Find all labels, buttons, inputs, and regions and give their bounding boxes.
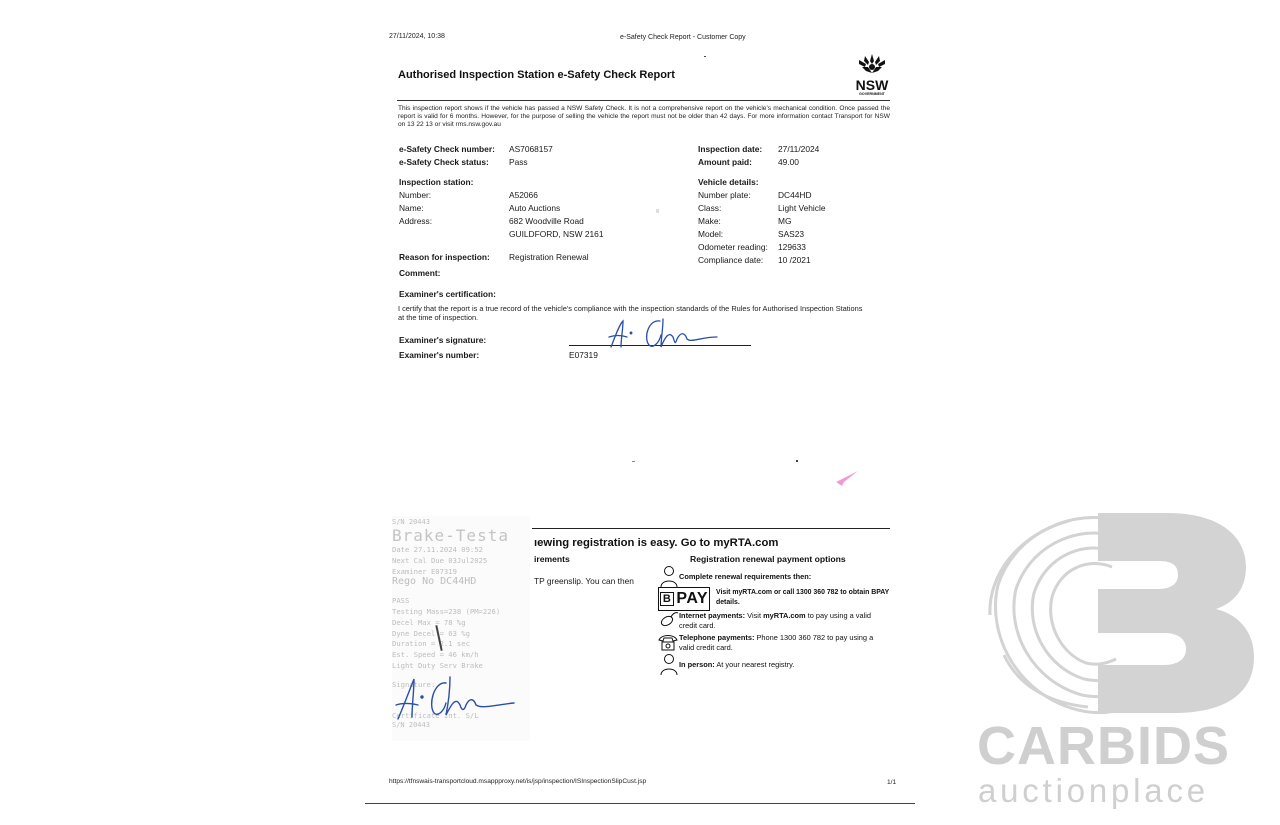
bpay-logo-icon: B PAY: [658, 587, 710, 611]
slip-line: Next Cal Due 03Jul2025: [392, 556, 530, 567]
slip-line: Light Duty Serv Brake: [392, 661, 530, 672]
reason-value: Registration Renewal: [509, 252, 589, 262]
report-title: Authorised Inspection Station e-Safety C…: [398, 69, 675, 81]
mouse-icon: [659, 611, 679, 627]
reason-label: Reason for inspection:: [399, 252, 490, 262]
slip-line: Duration = 2.1 sec: [392, 639, 530, 650]
slip-line: Decel Max = 78 %g: [392, 618, 530, 629]
requirements-text: TP greenslip. You can then: [534, 576, 634, 586]
station-name-value: Auto Auctions: [509, 203, 560, 213]
comment-label: Comment:: [399, 268, 440, 278]
option-complete-renewal: Complete renewal requirements then:: [679, 572, 811, 581]
compliance-value: 10 /2021: [778, 255, 811, 265]
scan-speck: [704, 56, 706, 57]
person-icon: [660, 565, 678, 587]
model-label: Model:: [698, 229, 723, 239]
option-internet-text: Visit: [745, 611, 763, 620]
print-footer-url: https://tfnswais-transportcloud.msapppro…: [389, 778, 646, 785]
payment-options-heading: Registration renewal payment options: [690, 554, 846, 564]
renewal-title: ıewing registration is easy. Go to myRTA…: [534, 537, 778, 549]
scan-speck: [656, 209, 659, 213]
examiner-number-value: E07319: [569, 350, 598, 360]
station-address-label: Address:: [399, 216, 432, 226]
amount-paid-label: Amount paid:: [698, 157, 752, 167]
person-icon: [660, 653, 678, 675]
station-address-line1: 682 Woodville Road: [509, 216, 584, 226]
page-bottom-rule: [365, 803, 915, 804]
option-in-person-text: At your nearest registry.: [715, 660, 795, 669]
slip-line: Testing Mass=238 (PM=226): [392, 607, 530, 618]
amount-paid-value: 49.00: [778, 157, 799, 167]
scan-speck: [632, 461, 635, 462]
slip-line: Date 27.11.2024 09:52: [392, 545, 530, 556]
check-status-label: e-Safety Check status:: [399, 157, 489, 167]
print-page-number: 1/1: [887, 779, 896, 786]
examiner-signature: [605, 315, 745, 351]
watermark-brand: CARBIDS: [977, 715, 1230, 777]
station-address-line2: GUILDFORD, NSW 2161: [509, 229, 603, 239]
print-timestamp: 27/11/2024, 10:38: [389, 33, 445, 40]
option-internet-label: Internet payments:: [679, 611, 745, 620]
slip-line: Est. Speed = 46 km/h: [392, 650, 530, 661]
check-number-label: e-Safety Check number:: [399, 144, 495, 154]
odometer-label: Odometer reading:: [698, 242, 768, 252]
telephone-icon: [658, 633, 678, 651]
class-value: Light Vehicle: [778, 203, 826, 213]
inspection-date-value: 27/11/2024: [778, 144, 819, 154]
title-divider: [397, 100, 890, 101]
vehicle-heading: Vehicle details:: [698, 177, 759, 187]
intro-paragraph: This inspection report shows if the vehi…: [398, 105, 890, 129]
check-number-value: AS7068157: [509, 144, 553, 154]
class-label: Class:: [698, 203, 721, 213]
station-number-value: A52066: [509, 190, 538, 200]
slip-result: PASS: [392, 596, 530, 607]
slip-line: Dyne Decel = 63 %g: [392, 629, 530, 640]
scan-speck: [796, 460, 798, 462]
certification-heading: Examiner's certification:: [399, 289, 496, 299]
nsw-government-logo: NSW GOVERNMENT: [852, 52, 892, 98]
station-heading: Inspection station:: [399, 177, 473, 187]
inspection-date-label: Inspection date:: [698, 144, 762, 154]
compliance-label: Compliance date:: [698, 255, 763, 265]
signature-label: Examiner's signature:: [399, 335, 486, 345]
slip-signature: [394, 675, 524, 725]
station-name-label: Name:: [399, 203, 424, 213]
carbids-logo-icon: [978, 505, 1256, 720]
option-in-person-label: In person:: [679, 660, 715, 669]
odometer-value: 129633: [778, 242, 806, 252]
watermark-tagline: auctionplace: [978, 772, 1209, 810]
bpay-logo-text: PAY: [676, 590, 708, 608]
plate-value: DC44HD: [778, 190, 812, 200]
examiner-number-label: Examiner's number:: [399, 350, 479, 360]
slip-serial-top: S/N 20443: [392, 518, 530, 526]
print-document-title: e-Safety Check Report - Customer Copy: [620, 34, 746, 41]
slip-title: Brake-Testa: [392, 526, 530, 545]
make-label: Make:: [698, 216, 721, 226]
option-telephone-label: Telephone payments:: [679, 633, 754, 642]
option-bpay-text: Visit myRTA.com or call 1300 360 782 to …: [716, 589, 889, 606]
check-status-value: Pass: [509, 157, 528, 167]
nsw-logo-text: NSW: [852, 79, 892, 92]
model-value: SAS23: [778, 229, 804, 239]
requirements-subheading: irements: [534, 554, 570, 564]
nsw-waratah-icon: [855, 52, 889, 74]
myrta-link[interactable]: myRTA.com: [763, 611, 806, 620]
make-value: MG: [778, 216, 792, 226]
renewal-divider: [532, 528, 890, 529]
highlighter-mark: [832, 469, 860, 489]
station-number-label: Number:: [399, 190, 431, 200]
plate-label: Number plate:: [698, 190, 751, 200]
slip-line: Rego No DC44HD: [392, 577, 530, 588]
